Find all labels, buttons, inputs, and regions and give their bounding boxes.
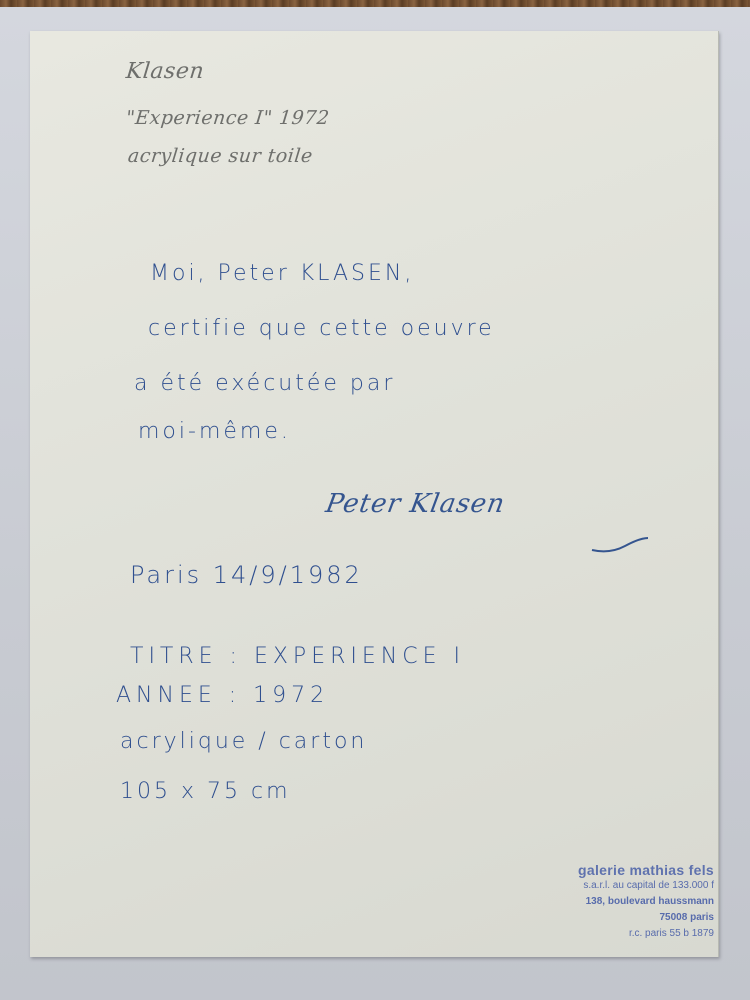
gallery-city: 75008 paris [578,910,714,926]
certificate-paper: Klasen "Experience I" 1972 acrylique sur… [30,31,719,957]
certification-line-1: Moi, Peter KLASEN, [150,261,414,286]
pencil-medium: acrylique sur toile [127,145,314,167]
gallery-capital: s.a.r.l. au capital de 133.000 f [578,878,714,894]
signature-flourish-icon [590,534,650,554]
certification-line-3: a été exécutée par [134,371,395,396]
pencil-title-year: "Experience I" 1972 [125,107,331,129]
gallery-registry: r.c. paris 55 b 1879 [578,926,714,942]
place-date: Paris 14/9/1982 [130,561,363,589]
certification-line-2: certifie que cette oeuvre [148,316,495,341]
wood-surface [0,0,750,7]
artwork-dimensions: 105 x 75 cm [120,779,291,804]
pencil-artist-name: Klasen [125,59,206,84]
artist-signature: Peter Klasen [323,489,507,519]
gallery-name: galerie mathias fels [578,862,714,878]
artwork-title: TITRE : EXPERIENCE I [130,644,465,669]
certification-line-4: moi-même. [138,419,291,444]
gallery-address: 138, boulevard haussmann [578,894,714,910]
gallery-stamp: galerie mathias fels s.a.r.l. au capital… [578,862,714,942]
artwork-medium: acrylique / carton [120,729,367,754]
artwork-year: ANNEE : 1972 [116,683,329,708]
